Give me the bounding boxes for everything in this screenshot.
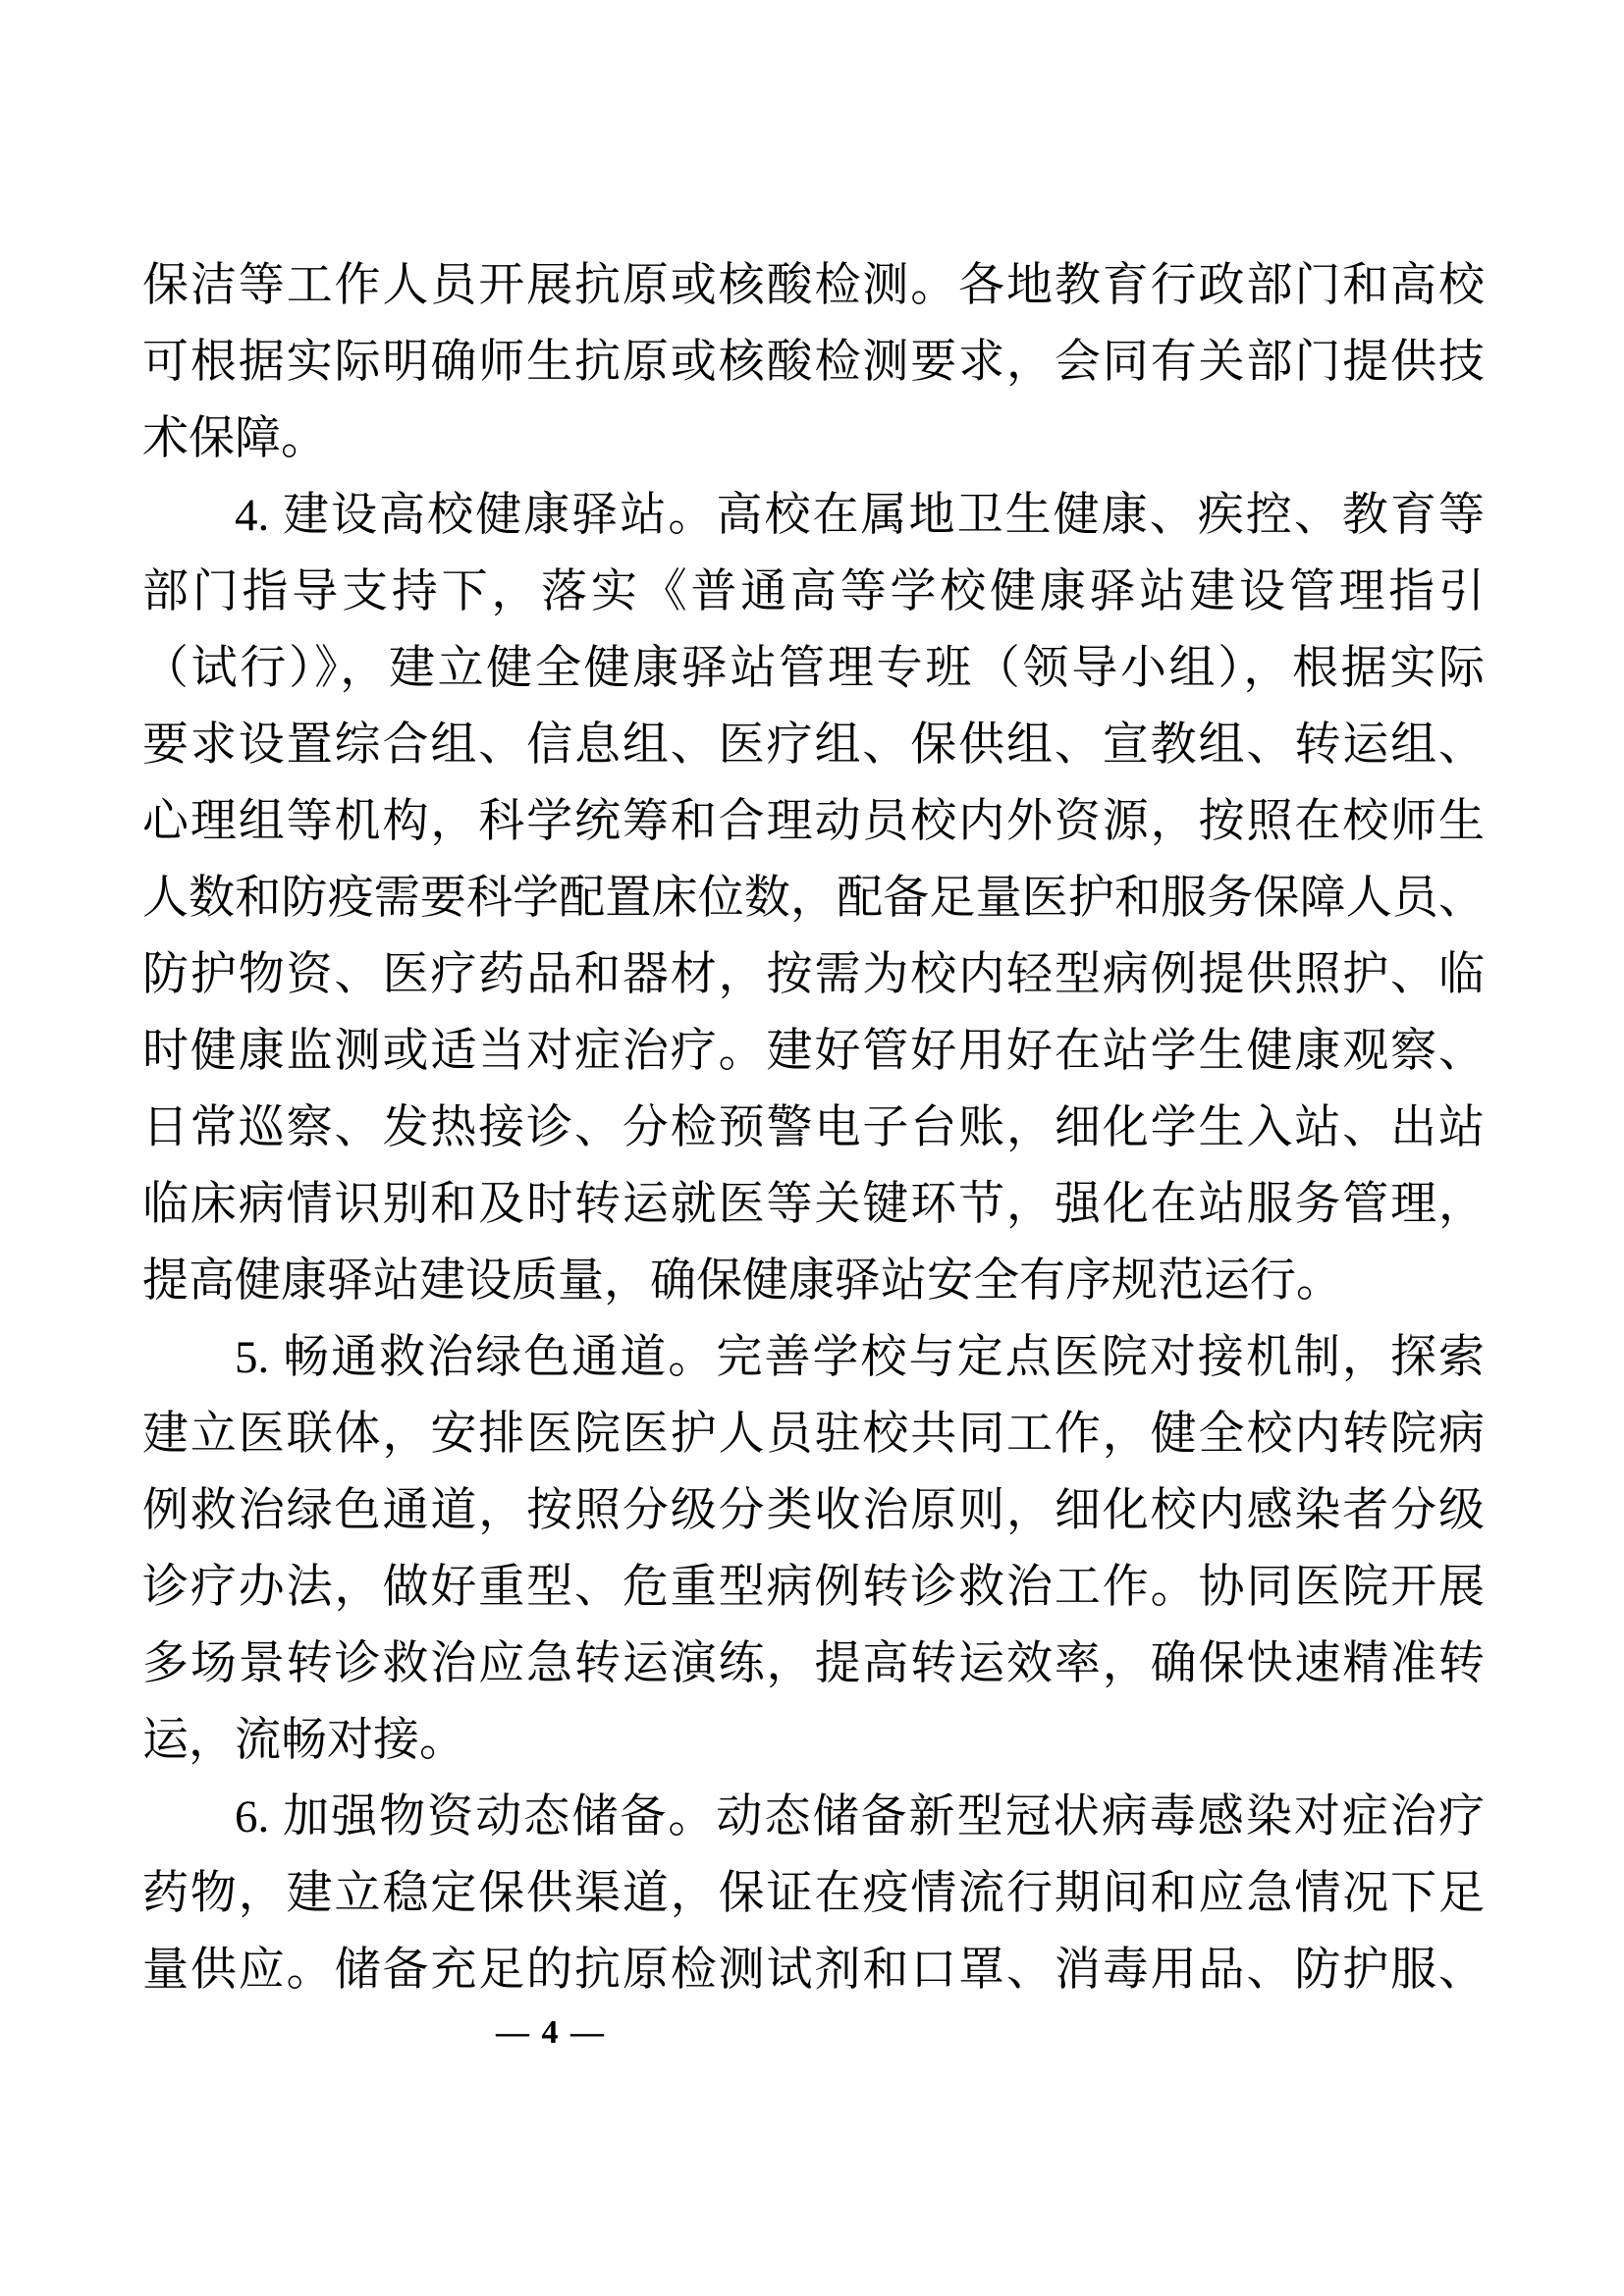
text-line: 心理组等机构，科学统筹和合理动员校内外资源，按照在校师生: [142, 783, 1485, 860]
text-line: 建立医联体，安排医院医护人员驻校共同工作，健全校内转院病: [142, 1396, 1485, 1472]
text-line: 要求设置综合组、信息组、医疗组、保供组、宣教组、转运组、: [142, 707, 1485, 783]
text-line: 可根据实际明确师生抗原或核酸检测要求，会同有关部门提供技: [142, 324, 1485, 400]
text-line: 日常巡察、发热接诊、分检预警电子台账，细化学生入站、出站: [142, 1090, 1485, 1166]
text-line: 临床病情识别和及时转运就医等关键环节，强化在站服务管理，: [142, 1166, 1485, 1243]
text-line: 运，流畅对接。: [142, 1702, 1485, 1779]
text-line: 人数和防疫需要科学配置床位数，配备足量医护和服务保障人员、: [142, 860, 1485, 936]
text-line: （试行）》，建立健全健康驿站管理专班（领导小组），根据实际: [142, 630, 1485, 707]
text-line-item-6: 6. 加强物资动态储备。动态储备新型冠状病毒感染对症治疗: [142, 1779, 1485, 1855]
text-line: 药物，建立稳定保供渠道，保证在疫情流行期间和应急情况下足: [142, 1855, 1485, 1932]
page-number: — 4 —: [496, 2014, 606, 2052]
text-line: 部门指导支持下，落实《普通高等学校健康驿站建设管理指引: [142, 554, 1485, 630]
text-line: 多场景转诊救治应急转运演练，提高转运效率，确保快速精准转: [142, 1626, 1485, 1702]
text-line-item-4: 4. 建设高校健康驿站。高校在属地卫生健康、疾控、教育等: [142, 477, 1485, 554]
text-line: 保洁等工作人员开展抗原或核酸检测。各地教育行政部门和高校: [142, 247, 1485, 324]
text-line-item-5: 5. 畅通救治绿色通道。完善学校与定点医院对接机制，探索: [142, 1319, 1485, 1396]
text-line: 防护物资、医疗药品和器材，按需为校内轻型病例提供照护、临: [142, 936, 1485, 1013]
document-page: 保洁等工作人员开展抗原或核酸检测。各地教育行政部门和高校 可根据实际明确师生抗原…: [0, 0, 1624, 2296]
text-line: 量供应。储备充足的抗原检测试剂和口罩、消毒用品、防护服、: [142, 1932, 1485, 2008]
text-line: 例救治绿色通道，按照分级分类收治原则，细化校内感染者分级: [142, 1472, 1485, 1549]
text-line: 术保障。: [142, 400, 1485, 477]
text-line: 提高健康驿站建设质量，确保健康驿站安全有序规范运行。: [142, 1243, 1485, 1319]
text-line: 诊疗办法，做好重型、危重型病例转诊救治工作。协同医院开展: [142, 1549, 1485, 1626]
text-line: 时健康监测或适当对症治疗。建好管好用好在站学生健康观察、: [142, 1013, 1485, 1090]
page-content: 保洁等工作人员开展抗原或核酸检测。各地教育行政部门和高校 可根据实际明确师生抗原…: [142, 247, 1485, 2008]
